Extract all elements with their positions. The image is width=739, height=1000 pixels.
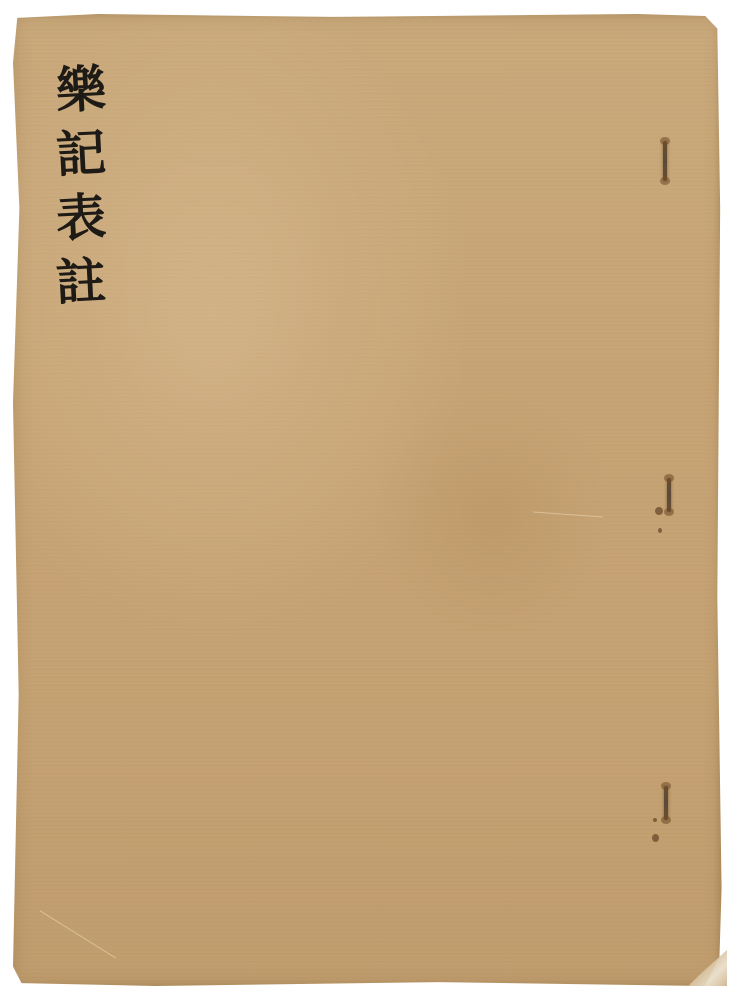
title-char-2: 記 — [55, 125, 108, 184]
book-cover — [13, 14, 723, 986]
stain-mark — [655, 507, 663, 515]
stain-mark — [658, 528, 662, 533]
binding-stitch-middle — [667, 478, 671, 512]
binding-stitch-top — [663, 141, 667, 181]
stain-mark — [653, 818, 657, 822]
binding-stitch-bottom — [664, 786, 668, 820]
stain-mark — [652, 834, 659, 842]
title-char-1: 樂 — [55, 61, 108, 120]
title-char-4: 註 — [55, 253, 108, 312]
cover-title: 樂 記 表 註 — [46, 62, 116, 310]
paper-crease — [533, 512, 603, 518]
title-char-3: 表 — [55, 189, 108, 248]
paper-crease — [40, 910, 117, 959]
